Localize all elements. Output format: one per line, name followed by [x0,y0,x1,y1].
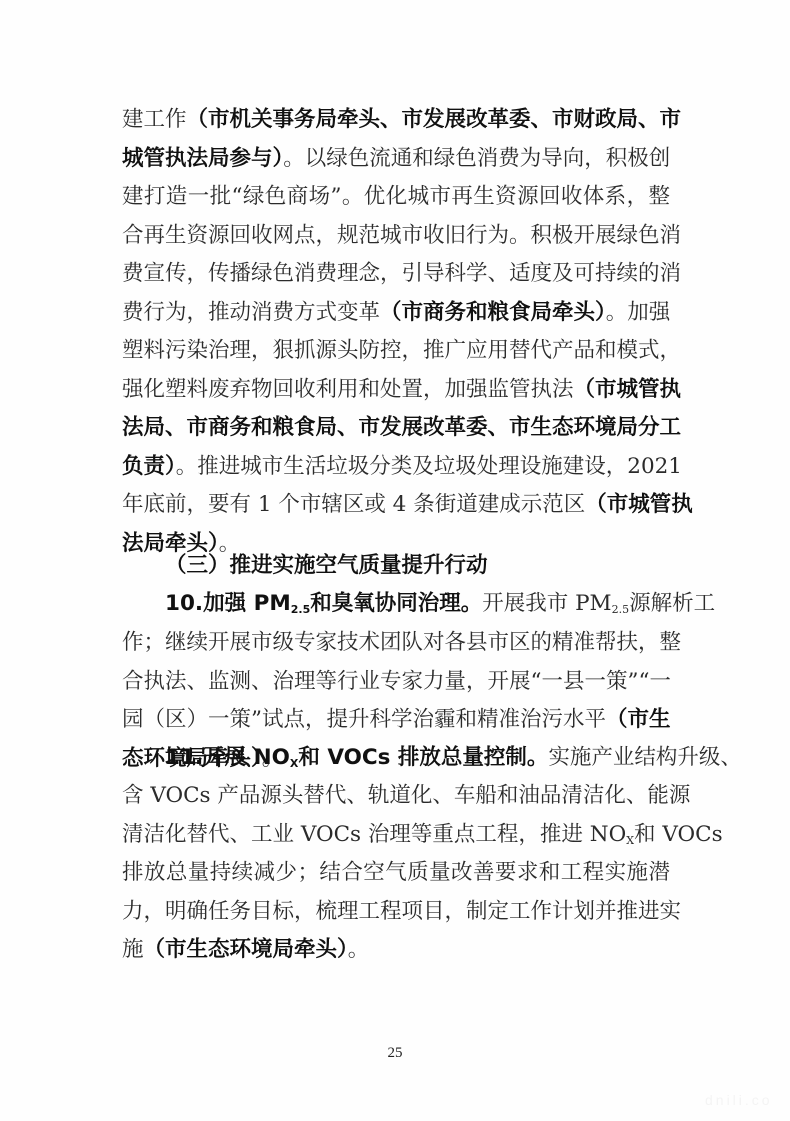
page-number: 25 [0,1045,790,1062]
text-line: 法局、市商务和粮食局、市发展改革委、市生态环境局分工 [122,413,670,443]
text-run: 强化塑料废弃物回收利用和处置，加强监管执法 [122,377,574,402]
text-run: 。 [348,937,370,962]
text-run: 力，明确任务目标，梳理工程项目，制定工作计划并推进实 [122,899,681,924]
item-11-text: 实施产业结构升级、 [548,745,742,770]
text-run: 作；继续开展市级专家技术团队对各县市区的精准帮扶，整 [122,630,681,655]
responsible-agency: （市城管执 [574,377,682,402]
text-line: 年底前，要有 1 个市辖区或 4 条街道建成示范区（市城管执 [122,490,670,520]
text-line: 城管执法局参与）。以绿色流通和绿色消费为导向，积极创 [122,144,670,174]
text-run: 费宣传，传播绿色消费理念，引导科学、适度及可持续的消 [122,261,681,286]
text-run: 施 [122,937,144,962]
text-line: 建工作（市机关事务局牵头、市发展改革委、市财政局、市 [122,105,670,135]
text-run: 合再生资源回收网点，规范城市收旧行为。积极开展绿色消 [122,223,681,248]
text-run: 。推进城市生活垃圾分类及垃圾处理设施建设，2021 [176,454,682,479]
text-run: 合执法、监测、治理等行业专家力量，开展“一县一策”“一 [122,669,671,694]
responsible-agency: 城管执法局参与） [122,146,283,171]
text-run: 建工作 [122,107,187,132]
text-line: 园（区）一策”试点，提升科学治霾和精准治污水平（市生 [122,705,670,735]
text-line: 费行为，推动消费方式变革（市商务和粮食局牵头）。加强 [122,298,670,328]
text-run: 塑料污染治理，狠抓源头防控，推广应用替代产品和模式， [122,338,681,363]
responsible-agency: 负责） [122,454,176,479]
document-page: 建工作（市机关事务局牵头、市发展改革委、市财政局、市城管执法局参与）。以绿色流通… [0,0,790,1121]
text-run: 排放总量持续减少；结合空气质量改善要求和工程实施潜 [122,860,670,885]
text-line: 负责）。推进城市生活垃圾分类及垃圾处理设施建设，2021 [122,452,670,482]
responsible-agency: （市城管执 [585,492,693,517]
item-11-title: 11.开展 NOX和 VOCs 排放总量控制。 [165,745,548,770]
text-run: 建打造一批“绿色商场”。优化城市再生资源回收体系，整 [122,184,670,209]
watermark: dnili.co [705,1092,773,1108]
responsible-agency: （市生态环境局牵头） [144,937,348,962]
text-line: 强化塑料废弃物回收利用和处置，加强监管执法（市城管执 [122,375,670,405]
section-heading: （三）推进实施空气质量提升行动 [165,551,488,581]
item-10-title: 10.加强 PM2.5和臭氧协同治理。 [165,591,482,616]
text-line: 合执法、监测、治理等行业专家力量，开展“一县一策”“一 [122,667,670,697]
item-11-line-1: 11.开展 NOX和 VOCs 排放总量控制。实施产业结构升级、 [165,743,670,773]
text-line: 塑料污染治理，狠抓源头防控，推广应用替代产品和模式， [122,336,670,366]
text-run: 费行为，推动消费方式变革 [122,300,380,325]
text-line: 合再生资源回收网点，规范城市收旧行为。积极开展绿色消 [122,221,670,251]
text-run: 。加强 [606,300,671,325]
text-run: 含 VOCs 产品源头替代、轨道化、车船和油品清洁化、能源 [122,783,690,808]
item-10-text: 开展我市 PM2.5源解析工 [482,591,715,616]
text-line: 作；继续开展市级专家技术团队对各县市区的精准帮扶，整 [122,628,670,658]
text-run: 年底前，要有 1 个市辖区或 4 条街道建成示范区 [122,492,585,517]
responsible-agency: （市生 [606,707,671,732]
text-line: 力，明确任务目标，梳理工程项目，制定工作计划并推进实 [122,897,670,927]
text-run: 园（区）一策”试点，提升科学治霾和精准治污水平 [122,707,606,732]
text-line: 排放总量持续减少；结合空气质量改善要求和工程实施潜 [122,858,670,888]
text-line: 建打造一批“绿色商场”。优化城市再生资源回收体系，整 [122,182,670,212]
item-10-line-1: 10.加强 PM2.5和臭氧协同治理。开展我市 PM2.5源解析工 [165,589,670,619]
item-11-line-2: 含 VOCs 产品源头替代、轨道化、车船和油品清洁化、能源 [122,781,670,811]
item-11-line-3: 清洁化替代、工业 VOCs 治理等重点工程，推进 NOX和 VOCs [122,820,670,850]
text-line: 施（市生态环境局牵头）。 [122,935,670,965]
text-line: 费宣传，传播绿色消费理念，引导科学、适度及可持续的消 [122,259,670,289]
responsible-agency: 法局、市商务和粮食局、市发展改革委、市生态环境局分工 [122,415,681,440]
text-run: 。以绿色流通和绿色消费为导向，积极创 [283,146,670,171]
responsible-agency: （市商务和粮食局牵头） [380,300,606,325]
responsible-agency: （市机关事务局牵头、市发展改革委、市财政局、市 [187,107,682,132]
